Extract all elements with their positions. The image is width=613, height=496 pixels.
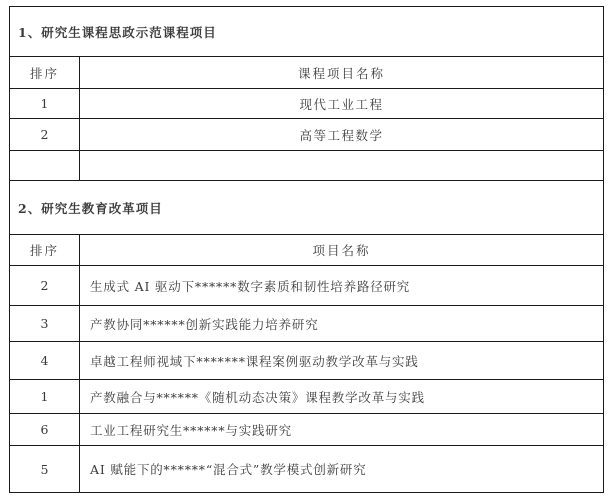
table-row: 1 现代工业工程 [10, 89, 604, 119]
document: 1、研究生课程思政示范课程项目 排序 课程项目名称 1 现代工业工程 2 高等工… [9, 6, 603, 493]
rank-cell: 1 [10, 380, 80, 414]
projects-table: 1、研究生课程思政示范课程项目 排序 课程项目名称 1 现代工业工程 2 高等工… [9, 6, 604, 493]
table-row: 2 高等工程数学 [10, 119, 604, 151]
course-name-cell: 高等工程数学 [80, 119, 604, 151]
rank-cell: 5 [10, 446, 80, 493]
project-name-cell: 生成式 AI 驱动下******数字素质和韧性培养路径研究 [80, 266, 604, 306]
table-row-empty [10, 151, 604, 181]
rank-cell: 1 [10, 89, 80, 119]
rank-cell: 4 [10, 342, 80, 380]
table-row: 4 卓越工程师视域下*******课程案例驱动教学改革与实践 [10, 342, 604, 380]
table-row: 1 产教融合与******《随机动态决策》课程教学改革与实践 [10, 380, 604, 414]
section1-header-row: 排序 课程项目名称 [10, 57, 604, 89]
course-name-cell: 现代工业工程 [80, 89, 604, 119]
project-name-cell: 工业工程研究生******与实践研究 [80, 414, 604, 446]
section2-header-name: 项目名称 [80, 235, 604, 266]
section2-header-row: 排序 项目名称 [10, 235, 604, 266]
rank-cell: 3 [10, 306, 80, 342]
section1-title: 1、研究生课程思政示范课程项目 [10, 7, 604, 57]
table-row: 6 工业工程研究生******与实践研究 [10, 414, 604, 446]
project-name-cell: 卓越工程师视域下*******课程案例驱动教学改革与实践 [80, 342, 604, 380]
section1-header-name: 课程项目名称 [80, 57, 604, 89]
table-row: 3 产教协同******创新实践能力培养研究 [10, 306, 604, 342]
section2-header-rank: 排序 [10, 235, 80, 266]
project-name-cell: 产教协同******创新实践能力培养研究 [80, 306, 604, 342]
rank-cell: 2 [10, 266, 80, 306]
course-name-cell [80, 151, 604, 181]
section1-title-row: 1、研究生课程思政示范课程项目 [10, 7, 604, 57]
project-name-cell: AI 赋能下的******“混合式”教学模式创新研究 [80, 446, 604, 493]
table-row: 2 生成式 AI 驱动下******数字素质和韧性培养路径研究 [10, 266, 604, 306]
section1-header-rank: 排序 [10, 57, 80, 89]
section2-title: 2、研究生教育改革项目 [10, 181, 604, 235]
table-row: 5 AI 赋能下的******“混合式”教学模式创新研究 [10, 446, 604, 493]
rank-cell [10, 151, 80, 181]
rank-cell: 6 [10, 414, 80, 446]
project-name-cell: 产教融合与******《随机动态决策》课程教学改革与实践 [80, 380, 604, 414]
section2-title-row: 2、研究生教育改革项目 [10, 181, 604, 235]
rank-cell: 2 [10, 119, 80, 151]
